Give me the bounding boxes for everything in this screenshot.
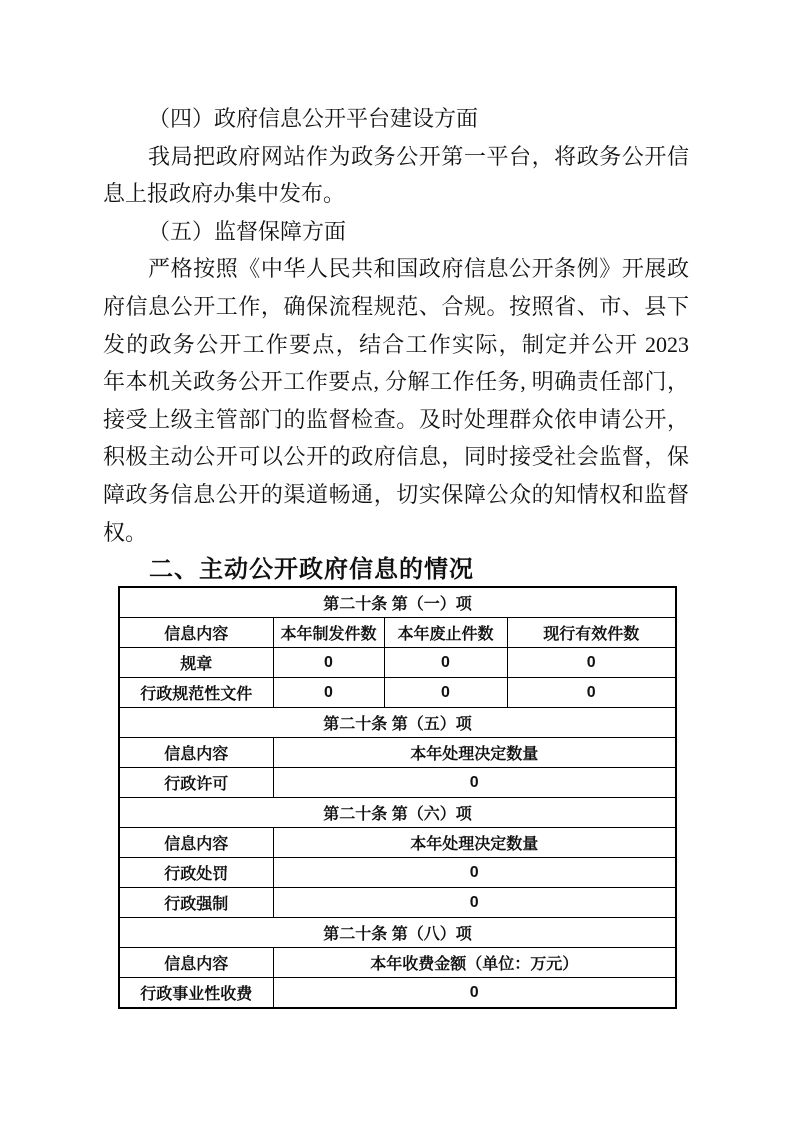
info-disclosure-table: 第二十条 第（一）项 信息内容 本年制发件数 本年废止件数 现行有效件数 规章 … <box>118 586 677 1009</box>
cell-value: 0 <box>273 768 676 798</box>
cell-value: 0 <box>273 888 676 918</box>
table-row: 信息内容 本年制发件数 本年废止件数 现行有效件数 <box>119 618 676 648</box>
table-section-title-item8: 第二十条 第（八）项 <box>119 918 676 948</box>
table-row: 行政处罚 0 <box>119 858 676 888</box>
table-header-decision-count: 本年处理决定数量 <box>273 738 676 768</box>
table-section-title-item6: 第二十条 第（六）项 <box>119 798 676 828</box>
paragraph-line: 严格按照《中华人民共和国政府信息公开条例》开展政 <box>103 250 689 288</box>
paragraph-line: 我局把政府网站作为政务公开第一平台，将政务公开信 <box>103 138 689 176</box>
table-row: 信息内容 本年处理决定数量 <box>119 828 676 858</box>
paragraph-line: 年本机关政务公开工作要点, 分解工作任务, 明确责任部门， <box>103 363 689 401</box>
paragraph-line: 积极主动公开可以公开的政府信息，同时接受社会监督，保 <box>103 438 689 476</box>
document-page: （四）政府信息公开平台建设方面 我局把政府网站作为政务公开第一平台，将政务公开信… <box>0 0 792 1122</box>
row-label-normative-documents: 行政规范性文件 <box>119 678 273 708</box>
subheading-platform-construction: （四）政府信息公开平台建设方面 <box>103 100 689 138</box>
table-row: 第二十条 第（五）项 <box>119 708 676 738</box>
cell-value: 0 <box>507 648 676 678</box>
table-row: 第二十条 第（八）项 <box>119 918 676 948</box>
table-header-decision-count: 本年处理决定数量 <box>273 828 676 858</box>
row-label-administrative-coercion: 行政强制 <box>119 888 273 918</box>
table-row: 第二十条 第（六）项 <box>119 798 676 828</box>
paragraph-line: 障政务信息公开的渠道畅通，切实保障公众的知情权和监督 <box>103 476 689 514</box>
paragraph-line: 接受上级主管部门的监督检查。及时处理群众依申请公开， <box>103 401 689 439</box>
cell-value: 0 <box>384 648 507 678</box>
table-section-title-item1: 第二十条 第（一）项 <box>119 587 676 618</box>
table-row: 信息内容 本年处理决定数量 <box>119 738 676 768</box>
paragraph-line: 权。 <box>103 514 689 552</box>
row-label-administrative-penalty: 行政处罚 <box>119 858 273 888</box>
paragraph-line: 府信息公开工作，确保流程规范、合规。按照省、市、县下 <box>103 288 689 326</box>
table-header-fee-amount: 本年收费金额（单位：万元） <box>273 948 676 978</box>
table-header-repealed-count: 本年废止件数 <box>384 618 507 648</box>
cell-value: 0 <box>507 678 676 708</box>
row-label-administrative-fees: 行政事业性收费 <box>119 978 273 1009</box>
cell-value: 0 <box>273 678 384 708</box>
table-header-issued-count: 本年制发件数 <box>273 618 384 648</box>
table-row: 行政事业性收费 0 <box>119 978 676 1009</box>
row-label-regulations: 规章 <box>119 648 273 678</box>
cell-value: 0 <box>273 648 384 678</box>
row-label-administrative-license: 行政许可 <box>119 768 273 798</box>
table-row: 信息内容 本年收费金额（单位：万元） <box>119 948 676 978</box>
table-header-info-content: 信息内容 <box>119 948 273 978</box>
table-section-title-item5: 第二十条 第（五）项 <box>119 708 676 738</box>
paragraph-line: 发的政务公开工作要点，结合工作实际，制定并公开 2023 <box>103 326 689 364</box>
subheading-supervision-guarantee: （五）监督保障方面 <box>103 213 689 251</box>
cell-value: 0 <box>384 678 507 708</box>
table-row: 行政规范性文件 0 0 0 <box>119 678 676 708</box>
table-header-effective-count: 现行有效件数 <box>507 618 676 648</box>
table-header-info-content: 信息内容 <box>119 618 273 648</box>
paragraph-line: 息上报政府办集中发布。 <box>103 175 689 213</box>
cell-value: 0 <box>273 978 676 1009</box>
table-row: 规章 0 0 0 <box>119 648 676 678</box>
body-text: （四）政府信息公开平台建设方面 我局把政府网站作为政务公开第一平台，将政务公开信… <box>103 100 689 589</box>
cell-value: 0 <box>273 858 676 888</box>
section-heading-active-disclosure: 二、主动公开政府信息的情况 <box>103 551 689 589</box>
table-row: 行政强制 0 <box>119 888 676 918</box>
table-row: 第二十条 第（一）项 <box>119 587 676 618</box>
table-header-info-content: 信息内容 <box>119 738 273 768</box>
table-header-info-content: 信息内容 <box>119 828 273 858</box>
table-row: 行政许可 0 <box>119 768 676 798</box>
